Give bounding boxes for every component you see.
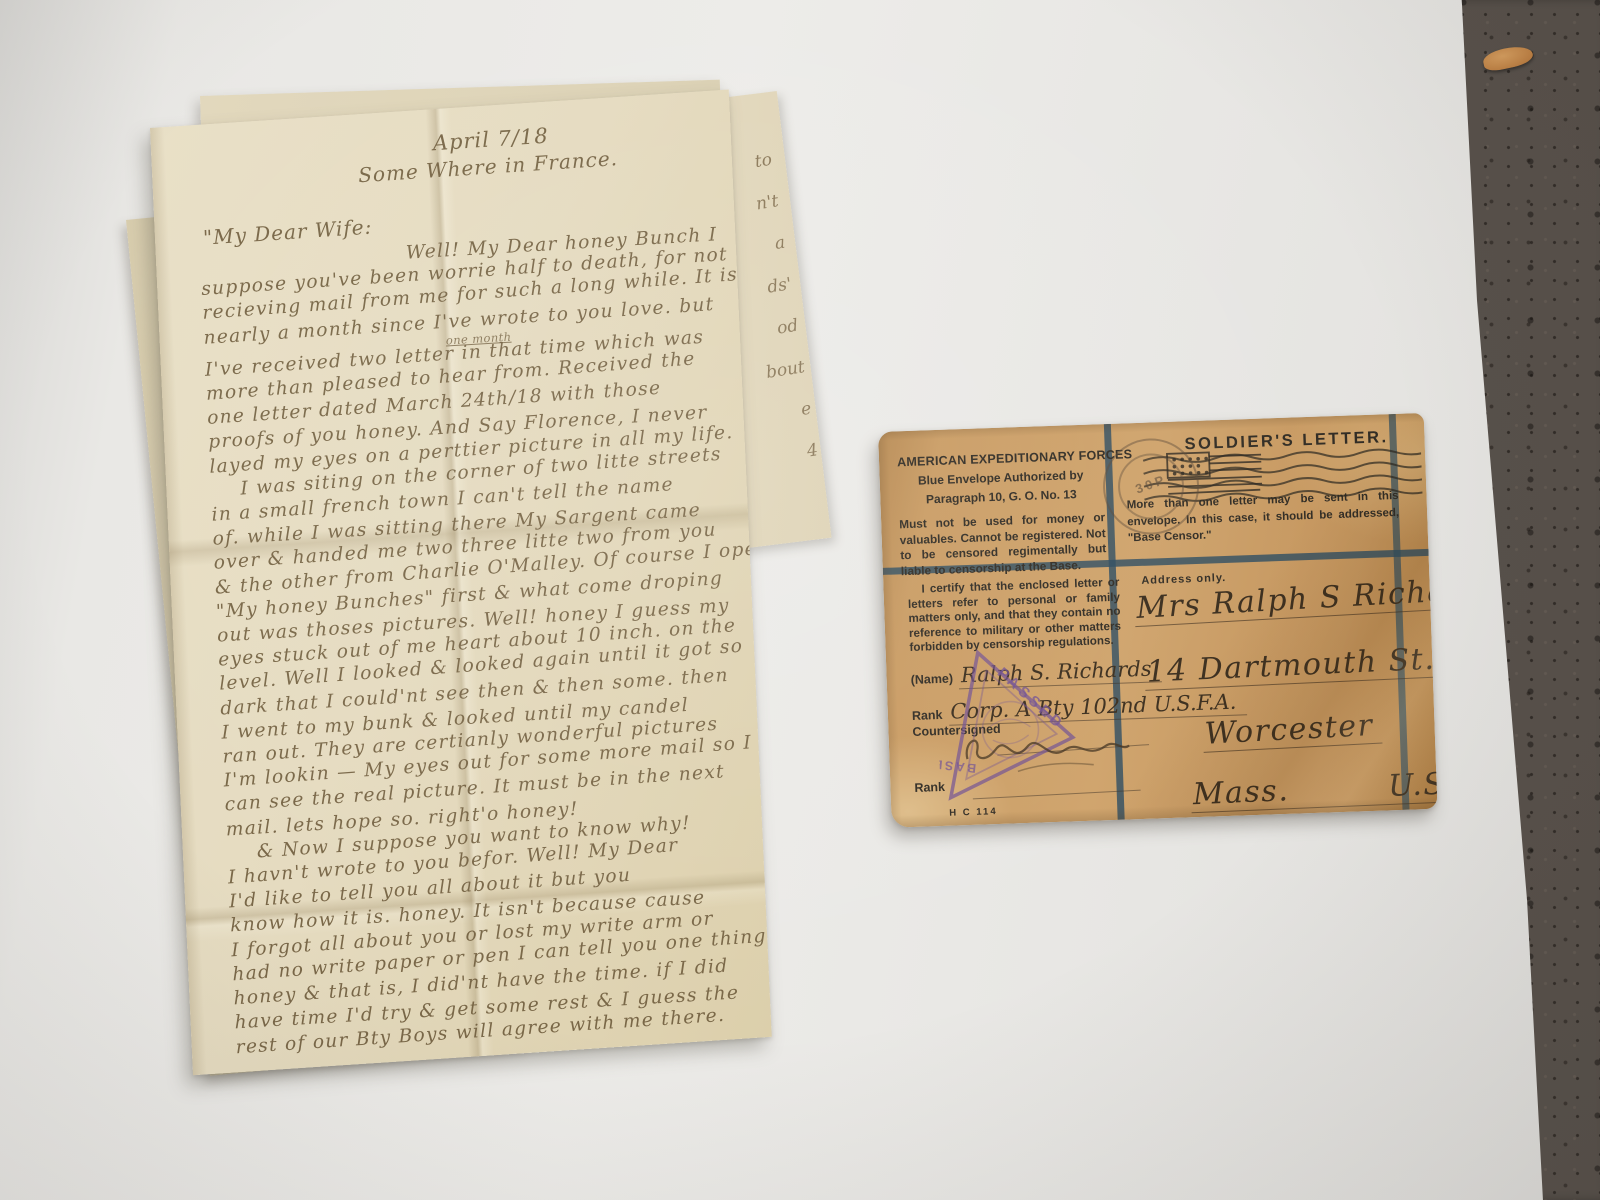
floor-dark-area [1425, 0, 1600, 1200]
address-line: 14 Dartmouth St. [1144, 641, 1438, 691]
certify-text: I certify that the enclosed letter or le… [907, 576, 1121, 656]
letter-body: Well! My Dear honey Bunch Isuppose you'v… [200, 221, 737, 1060]
address-line: Worcester [1202, 708, 1382, 753]
aef-subline-1: Blue Envelope Authorized by [897, 467, 1103, 488]
edge-fragment: ds' [766, 274, 793, 298]
edge-fragment: a [773, 233, 786, 254]
letter-front-sheet: April 7/18 Some Where in France. "My Dea… [150, 90, 772, 1076]
aef-body: Must not be used for money or valuables.… [899, 510, 1107, 579]
address-line: Mass. U.S.A. [1190, 764, 1437, 813]
edge-fragments: ton'tads'odboute4 [732, 150, 820, 466]
paint-chip [1481, 43, 1534, 73]
edge-fragment: e [800, 399, 813, 420]
edge-fragment: 4 [806, 440, 820, 461]
aef-title: AMERICAN EXPEDITIONARY FORCES [897, 448, 1103, 469]
signature-icon [958, 705, 1135, 783]
address-block: Address only. Mrs Ralph S Richards14 Dar… [1131, 559, 1430, 819]
photo-scene: P ton'tads'odboute4 April 7/18 Some Wher… [0, 0, 1600, 1200]
envelope: AMERICAN EXPEDITIONARY FORCES Blue Envel… [878, 413, 1437, 828]
address-only-label: Address only. [1141, 572, 1226, 587]
aef-block: AMERICAN EXPEDITIONARY FORCES Blue Envel… [897, 448, 1107, 579]
edge-fragment: to [753, 150, 773, 172]
edge-fragment: n't [755, 191, 780, 214]
edge-fragment: od [776, 316, 800, 339]
aef-subline-2: Paragraph 10, G. O. No. 13 [898, 486, 1104, 507]
edge-fragment: bout [765, 357, 807, 383]
